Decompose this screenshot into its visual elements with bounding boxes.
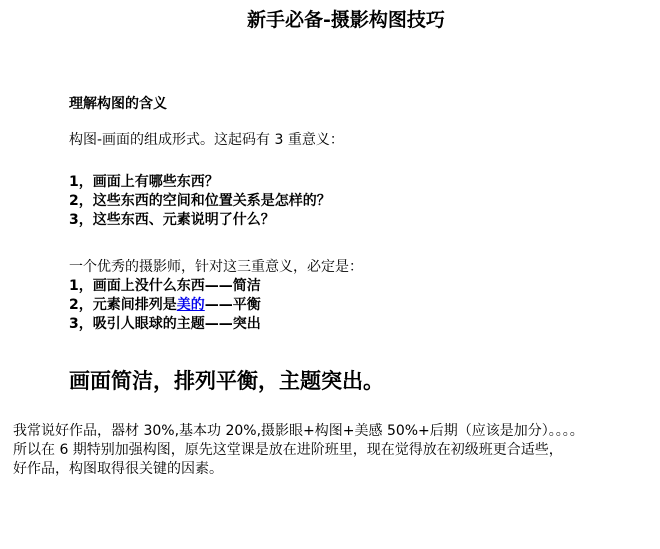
closing-paragraph: 我常说好作品，器材 30%,基本功 20%,摄影眼+构图+美感 50%+后期（应… (13, 422, 653, 479)
question-item: 1，画面上有哪些东西？ (69, 173, 331, 192)
paragraph-line: 好作品，构图取得很关键的因素。 (13, 460, 653, 479)
section-heading: 理解构图的含义 (69, 95, 167, 113)
answers-list: 1，画面上没什么东西——简洁 2，元素间排列是美的——平衡 3，吸引人眼球的主题… (69, 277, 261, 334)
summary-heading: 画面简洁，排列平衡，主题突出。 (69, 367, 384, 395)
paragraph-line: 所以在 6 期特别加强构图，原先这堂课是放在进阶班里，现在觉得放在初级班更合适些… (13, 441, 653, 460)
beauty-link[interactable]: 美的 (177, 297, 205, 313)
answer-item: 3，吸引人眼球的主题——突出 (69, 315, 261, 334)
answer-item: 2，元素间排列是美的——平衡 (69, 296, 261, 315)
questions-list: 1，画面上有哪些东西？ 2，这些东西的空间和位置关系是怎样的？ 3，这些东西、元… (69, 173, 331, 230)
question-item: 3，这些东西、元素说明了什么？ (69, 211, 331, 230)
page-title: 新手必备-摄影构图技巧 (0, 8, 660, 32)
definition-text: 构图-画面的组成形式。这起码有 3 重意义： (69, 131, 344, 149)
paragraph-line: 我常说好作品，器材 30%,基本功 20%,摄影眼+构图+美感 50%+后期（应… (13, 422, 653, 441)
question-item: 2，这些东西的空间和位置关系是怎样的？ (69, 192, 331, 211)
answer-suffix: ——平衡 (205, 297, 261, 313)
answer-item: 1，画面上没什么东西——简洁 (69, 277, 261, 296)
answer-prefix: 2，元素间排列是 (69, 297, 177, 313)
document-page: 新手必备-摄影构图技巧 理解构图的含义 构图-画面的组成形式。这起码有 3 重意… (0, 0, 660, 549)
answers-intro: 一个优秀的摄影师，针对这三重意义，必定是： (69, 258, 363, 276)
